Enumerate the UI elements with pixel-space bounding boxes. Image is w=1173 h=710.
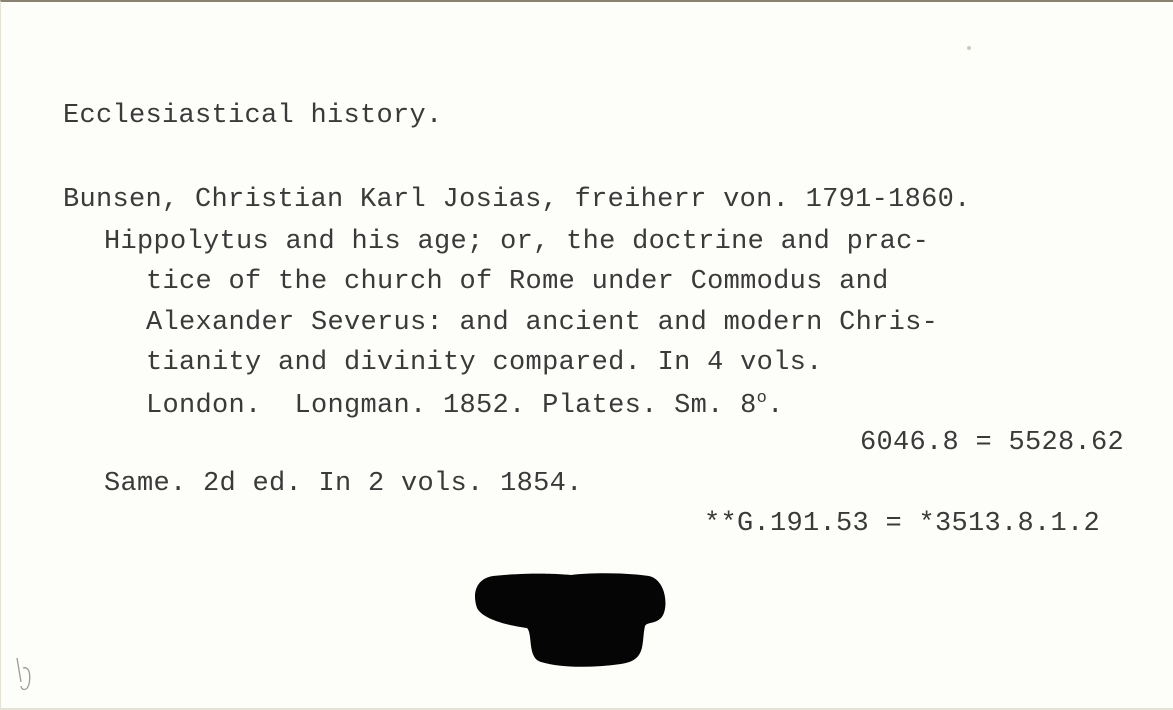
imprint-end: .: [767, 391, 784, 421]
imprint-superscript: o: [757, 389, 768, 408]
title-line-1: Hippolytus and his age; or, the doctrine…: [104, 229, 929, 256]
title-line-3: Alexander Severus: and ancient and moder…: [146, 310, 938, 337]
subject-heading: Ecclesiastical history.: [63, 103, 443, 130]
catalog-card: Ecclesiastical history. Bunsen, Christia…: [0, 0, 1173, 710]
author-line: Bunsen, Christian Karl Josias, freiherr …: [63, 187, 971, 214]
imprint-text: London. Longman. 1852. Plates. Sm. 8: [146, 391, 757, 421]
title-line-2: tice of the church of Rome under Commodu…: [146, 269, 889, 296]
imprint-line: London. Longman. 1852. Plates. Sm. 8o.: [146, 390, 784, 420]
pencil-mark: [13, 654, 43, 694]
redaction-blot: [471, 570, 671, 670]
second-edition-line: Same. 2d ed. In 2 vols. 1854.: [104, 471, 583, 498]
call-number-2: **G.191.53 = *3513.8.1.2: [704, 511, 1100, 538]
paper-speck: [967, 46, 971, 50]
call-number-1: 6046.8 = 5528.62: [860, 430, 1124, 457]
title-line-4: tianity and divinity compared. In 4 vols…: [146, 350, 823, 377]
